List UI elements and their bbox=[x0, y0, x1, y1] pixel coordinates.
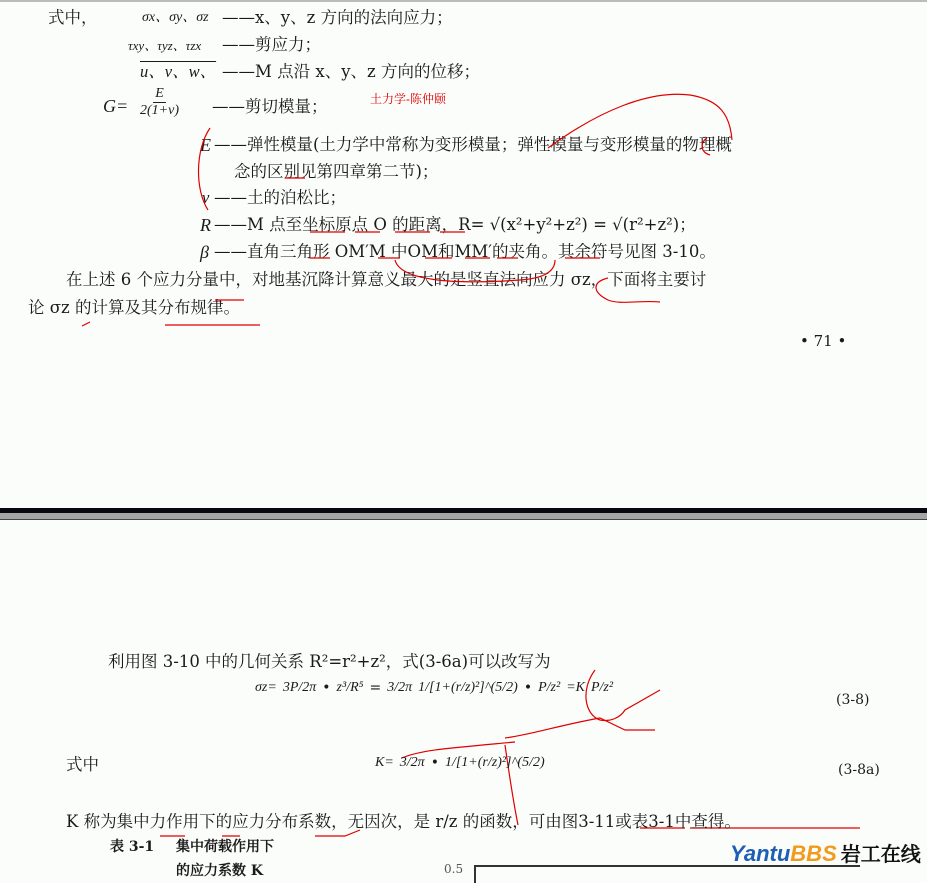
chart-frame-partial bbox=[474, 865, 860, 883]
eq2-intro: 式中 bbox=[66, 755, 99, 775]
chart-tick-label: 0.5 bbox=[444, 862, 463, 876]
table-caption-number: 表 3-1 bbox=[110, 836, 154, 856]
bracket-mark-1 bbox=[198, 128, 210, 210]
page-divider-line bbox=[0, 519, 927, 520]
table-caption-line1: 集中荷载作用下 bbox=[176, 836, 274, 856]
equation-3-8a: K= 3/2π • 1/[1+(r/z)²]^(5/2) bbox=[375, 755, 545, 771]
equation-label-3-8a: (3-8a) bbox=[838, 760, 880, 780]
watermark-logo: YantuBBS岩工在线 bbox=[730, 838, 921, 867]
equation-label-3-8: (3-8) bbox=[836, 690, 869, 710]
connector-mark bbox=[395, 260, 555, 282]
bracket-mark-2 bbox=[702, 138, 710, 155]
k-description-paragraph: K 称为集中力作用下的应力分布系数，无因次，是 r/z 的函数，可由图3-11或… bbox=[66, 812, 741, 832]
red-pen-marks bbox=[0, 0, 927, 883]
table-caption-line2: 的应力系数 K bbox=[176, 860, 263, 880]
equation-3-8: σz= 3P/2π • z³/R⁵ = 3/2π 1/[1+(r/z)²]^(5… bbox=[255, 680, 613, 696]
eq-intro-paragraph: 利用图 3-10 中的几何关系 R²=r²+z²，式(3-6a)可以改写为 bbox=[108, 652, 551, 672]
